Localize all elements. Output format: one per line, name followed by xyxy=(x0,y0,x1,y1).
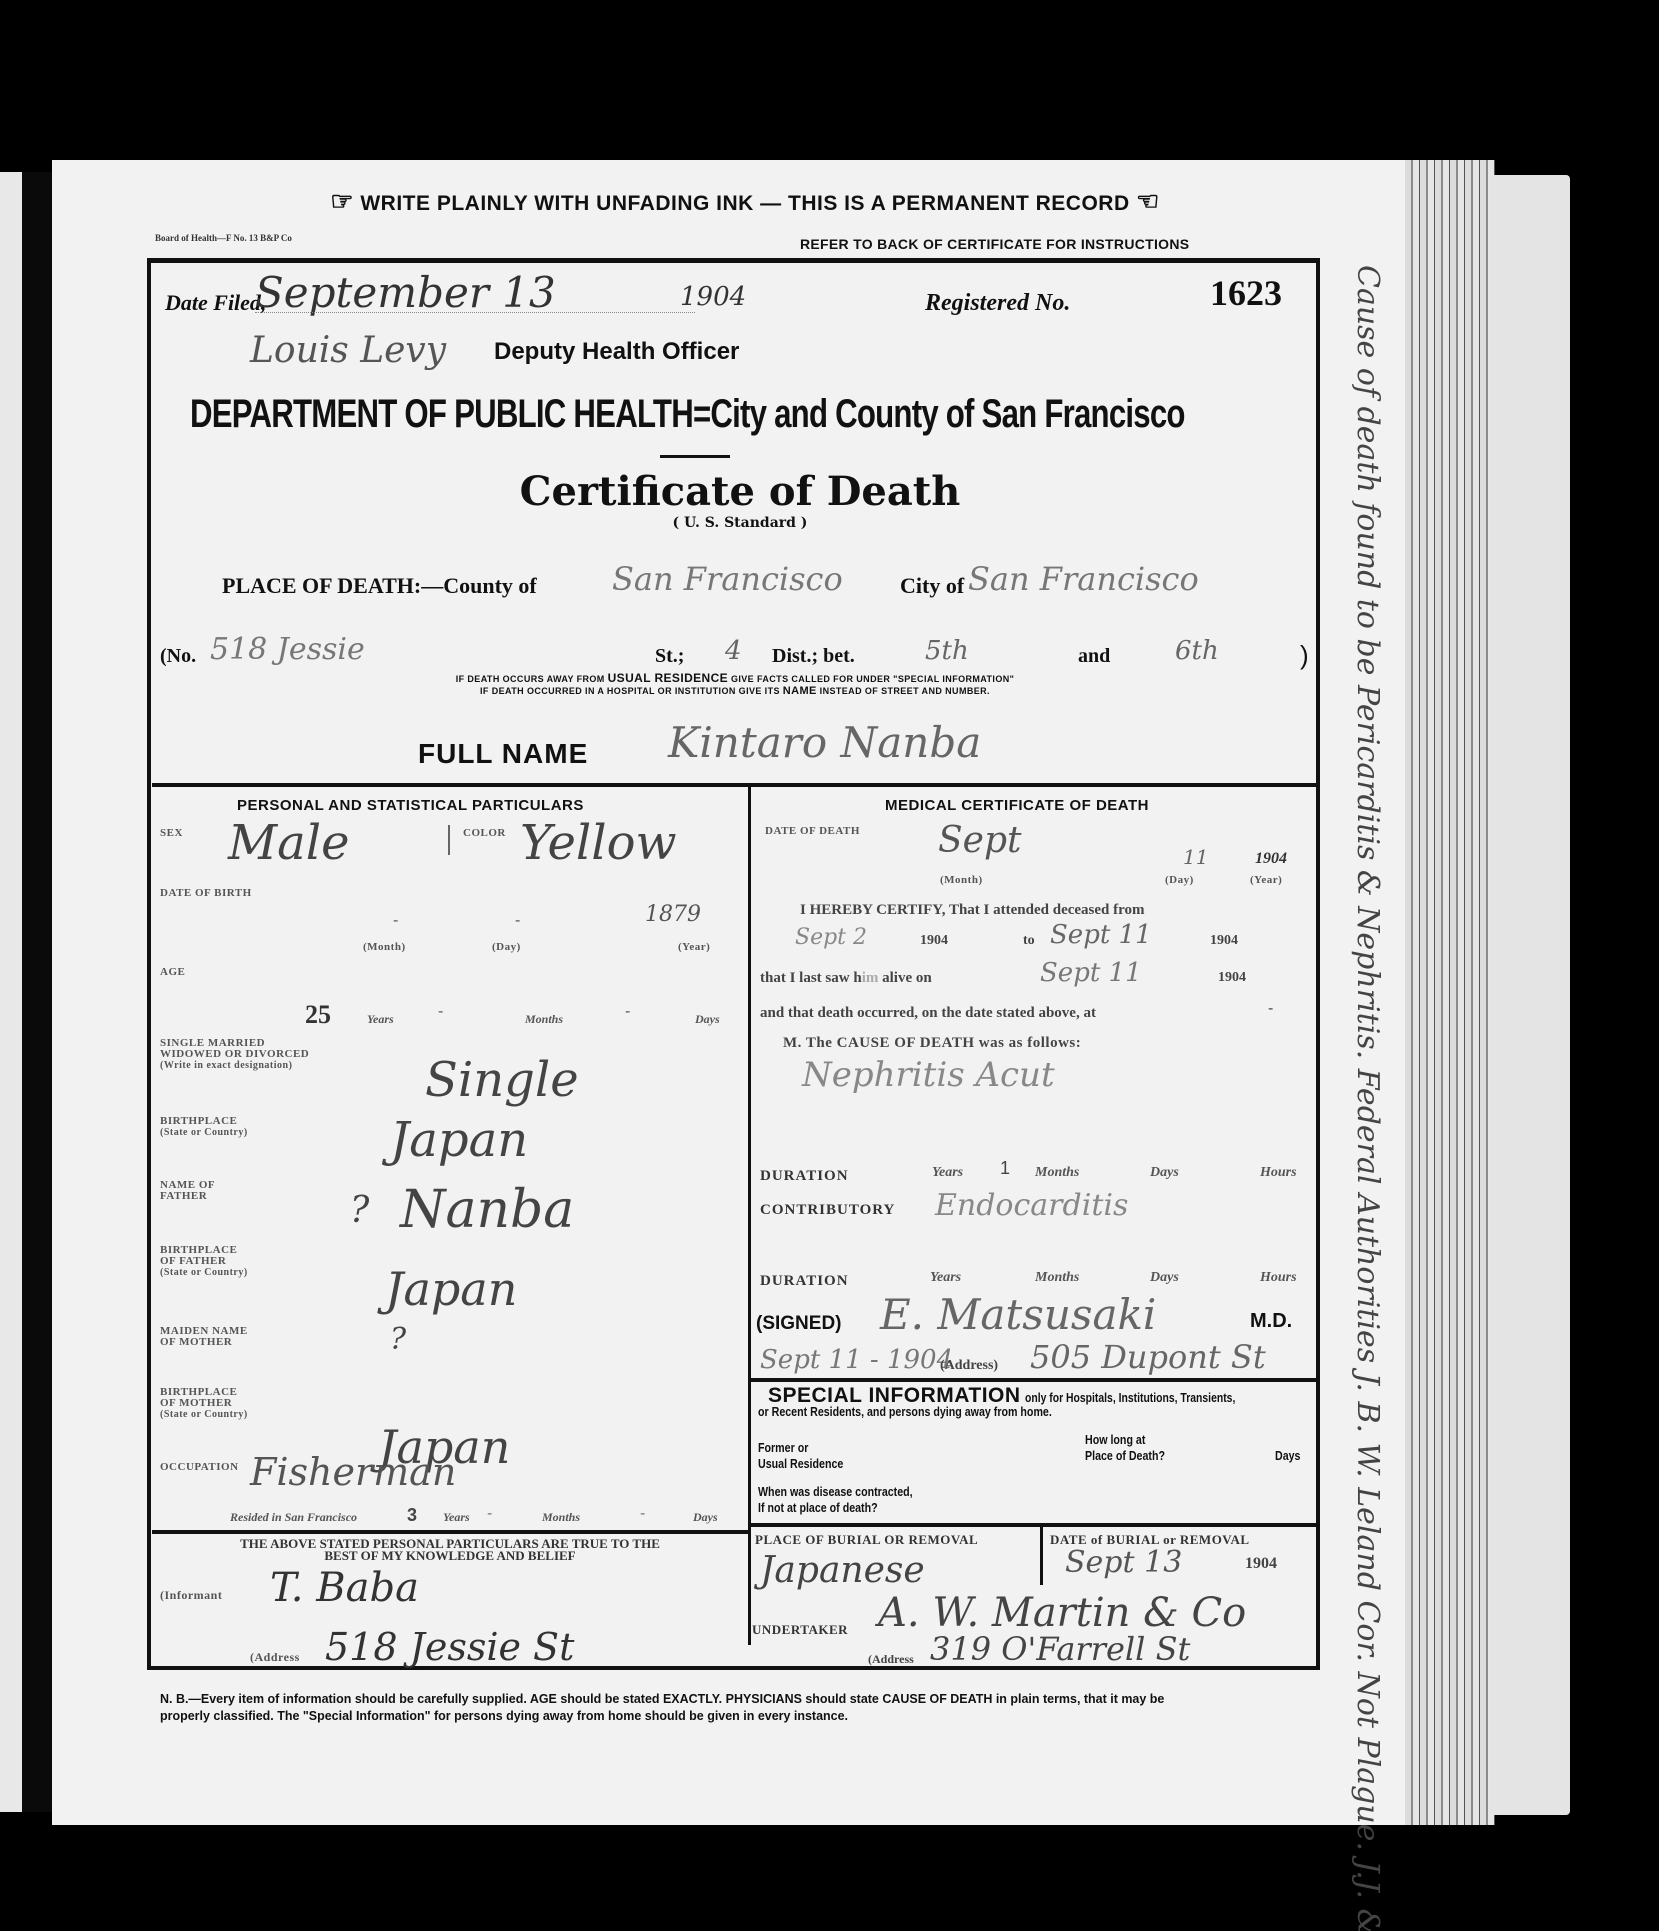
between-street-1: 5th xyxy=(925,636,969,666)
duration-2-days-caption: Days xyxy=(1150,1270,1179,1286)
street-number-value: 518 Jessie xyxy=(210,632,365,667)
duration-1-months-caption: Months xyxy=(1035,1165,1079,1181)
year-caption: (Year) xyxy=(678,942,710,953)
district-value: 4 xyxy=(725,636,742,666)
occupation-value: Fisherman xyxy=(250,1450,456,1494)
attended-from-year: 1904 xyxy=(920,933,948,949)
special-title-note: or Recent Residents, and persons dying a… xyxy=(758,1404,1052,1419)
burial-place-label: PLACE OF BURIAL OR REMOVAL xyxy=(755,1532,978,1548)
duration-1-years: 1 xyxy=(1000,1158,1010,1179)
burial-year: 1904 xyxy=(1245,1555,1277,1573)
resided-days-caption: Days xyxy=(693,1510,718,1525)
attended-from: Sept 2 xyxy=(795,925,867,950)
mother-value: ? xyxy=(390,1322,406,1357)
resided-months: - xyxy=(487,1505,492,1523)
certificate-title: Certificate of Death xyxy=(400,468,1080,515)
month-caption: (Month) xyxy=(363,942,406,953)
registered-number: 1623 xyxy=(1210,272,1282,314)
attended-to-year: 1904 xyxy=(1210,933,1238,949)
officer-title: Deputy Health Officer xyxy=(494,338,739,366)
death-time: - xyxy=(1268,1000,1273,1018)
between-street-2: 6th xyxy=(1175,636,1219,666)
father-label: NAME OF FATHER xyxy=(160,1180,215,1202)
dob-year: 1879 xyxy=(645,902,701,927)
city-value: San Francisco xyxy=(968,560,1199,598)
last-saw-year: 1904 xyxy=(1218,970,1246,986)
divider xyxy=(660,455,730,458)
age-years: 25 xyxy=(305,1000,331,1030)
death-occurred-statement: and that death occurred, on the date sta… xyxy=(760,1005,1096,1022)
age-label: AGE xyxy=(160,967,185,978)
months-caption: Months xyxy=(525,1012,563,1027)
dod-day: 11 xyxy=(1183,845,1208,869)
burial-date: Sept 13 xyxy=(1065,1545,1182,1580)
pointing-hand-right-icon: ☜ xyxy=(1136,186,1160,216)
days-caption: Days xyxy=(695,1012,720,1027)
footnote: N. B.—Every item of information should b… xyxy=(160,1690,1197,1724)
place-of-death-label: PLACE OF DEATH:—County of xyxy=(222,573,537,599)
and-label: and xyxy=(1078,645,1110,668)
section-divider xyxy=(152,783,1318,787)
burial-column-divider xyxy=(1040,1527,1043,1585)
father-initial: ? xyxy=(350,1190,369,1231)
md-label: M.D. xyxy=(1250,1310,1292,1333)
close-paren: ) xyxy=(1300,640,1309,671)
birthplace-label: BIRTHPLACE (State or Country) xyxy=(160,1116,248,1138)
date-filed-value: September 13 xyxy=(255,268,556,317)
date-filed-year: 1904 xyxy=(680,282,746,312)
dod-day-caption: (Day) xyxy=(1165,875,1194,886)
attended-to: Sept 11 xyxy=(1050,920,1152,950)
duration-label-2: DURATION xyxy=(760,1273,849,1290)
column-divider xyxy=(748,787,751,1645)
sex-value: Male xyxy=(228,815,350,871)
informant-address: 518 Jessie St xyxy=(325,1625,574,1669)
signed-date: Sept 11 - 1904 xyxy=(760,1345,953,1375)
disease-contracted-label: When was disease contracted, If not at p… xyxy=(758,1484,913,1516)
to-label: to xyxy=(1023,933,1035,949)
informant-label: (Informant xyxy=(160,1590,222,1601)
mother-birthplace-label: BIRTHPLACE OF MOTHER (State or Country) xyxy=(160,1387,248,1420)
resided-label: Resided in San Francisco xyxy=(230,1510,357,1525)
physician-address-label: (Address) xyxy=(940,1358,998,1374)
last-saw-date: Sept 11 xyxy=(1040,958,1142,988)
duration-2-years-caption: Years xyxy=(930,1270,961,1286)
officer-signature: Louis Levy xyxy=(250,330,446,371)
refer-note: REFER TO BACK OF CERTIFICATE FOR INSTRUC… xyxy=(800,236,1189,252)
contributory-value: Endocarditis xyxy=(935,1188,1128,1223)
undertaker-address-label: (Address xyxy=(868,1652,914,1667)
duration-1-days-caption: Days xyxy=(1150,1165,1179,1181)
cause-of-death: Nephritis Acut xyxy=(802,1055,1055,1095)
occupation-label: OCCUPATION xyxy=(160,1462,239,1473)
city-label: City of xyxy=(900,573,964,599)
day-caption: (Day) xyxy=(492,942,521,953)
district-label: Dist.; bet. xyxy=(772,645,855,668)
resided-months-caption: Months xyxy=(542,1510,580,1525)
sex-color-divider xyxy=(448,825,450,855)
right-page-edge xyxy=(1490,175,1570,1815)
marital-value: Single xyxy=(425,1052,579,1108)
date-filed-label: Date Filed, xyxy=(165,290,266,316)
registered-label: Registered No. xyxy=(925,290,1070,317)
how-long-label: How long at Place of Death? xyxy=(1085,1432,1165,1464)
duration-1-hours-caption: Hours xyxy=(1260,1165,1297,1181)
undertaker-address: 319 O'Farrell St xyxy=(930,1630,1190,1668)
resided-days: - xyxy=(640,1505,645,1523)
informant-name: T. Baba xyxy=(270,1565,419,1611)
dod-year-caption: (Year) xyxy=(1250,875,1282,886)
resided-years: 3 xyxy=(407,1505,417,1526)
cause-statement: M. The CAUSE OF DEATH was as follows: xyxy=(783,1035,1081,1052)
county-value: San Francisco xyxy=(612,560,843,598)
dob-label: DATE OF BIRTH xyxy=(160,888,252,899)
marital-label: SINGLE MARRIED WIDOWED OR DIVORCED (Writ… xyxy=(160,1038,309,1071)
informant-divider xyxy=(152,1530,748,1534)
ink-warning-banner: ☞ WRITE PLAINLY WITH UNFADING INK — THIS… xyxy=(205,186,1285,217)
father-birthplace-label: BIRTHPLACE OF FATHER (State or Country) xyxy=(160,1245,248,1278)
mother-label: MAIDEN NAME OF MOTHER xyxy=(160,1326,248,1348)
color-label: COLOR xyxy=(463,828,506,839)
no-label: (No. xyxy=(160,645,196,668)
special-divider xyxy=(748,1378,1318,1382)
burial-place-value: Japanese xyxy=(760,1550,925,1591)
color-value: Yellow xyxy=(520,815,677,871)
left-page-edge xyxy=(0,172,22,1812)
signed-label: (SIGNED) xyxy=(756,1313,842,1335)
birthplace-value: Japan xyxy=(390,1112,528,1168)
physician-address: 505 Dupont St xyxy=(1030,1338,1266,1376)
resided-years-caption: Years xyxy=(443,1510,470,1525)
place-note: IF DEATH OCCURS AWAY FROM USUAL RESIDENC… xyxy=(300,672,1170,697)
burial-divider xyxy=(748,1523,1318,1527)
father-birthplace-value: Japan xyxy=(385,1262,517,1316)
duration-2-hours-caption: Hours xyxy=(1260,1270,1297,1286)
physician-signature: E. Matsusaki xyxy=(880,1290,1156,1339)
former-residence-label: Former or Usual Residence xyxy=(758,1440,843,1472)
contributory-label: CONTRIBUTORY xyxy=(760,1202,895,1219)
years-caption: Years xyxy=(367,1012,394,1027)
dod-label: DATE OF DEATH xyxy=(765,826,860,837)
pointing-hand-left-icon: ☞ xyxy=(330,186,354,216)
full-name-label: FULL NAME xyxy=(418,738,588,770)
certify-statement: I HEREBY CERTIFY, That I attended deceas… xyxy=(800,902,1145,919)
date-filed-line xyxy=(255,312,695,313)
age-days: - xyxy=(625,1003,630,1021)
dod-month-caption: (Month) xyxy=(940,875,983,886)
age-months: - xyxy=(438,1003,443,1021)
certificate-subtitle: ( U. S. Standard ) xyxy=(400,515,1080,531)
duration-1-years-caption: Years xyxy=(932,1165,963,1181)
book-gutter xyxy=(22,172,52,1812)
dod-month: Sept xyxy=(938,820,1021,861)
duration-label-1: DURATION xyxy=(760,1168,849,1185)
page-stack-edges xyxy=(1405,160,1495,1825)
father-value: Nanba xyxy=(400,1180,574,1240)
dob-day: - xyxy=(515,912,520,930)
dob-month: - xyxy=(393,912,398,930)
full-name-value: Kintaro Nanba xyxy=(668,718,981,767)
dod-year: 1904 xyxy=(1255,850,1287,868)
margin-annotation: Cause of death found to be Pericarditis … xyxy=(1350,265,1385,1665)
medical-header: MEDICAL CERTIFICATE OF DEATH xyxy=(885,797,1149,814)
form-number: Board of Health—F No. 13 B&P Co xyxy=(155,233,292,243)
informant-address-label: (Address xyxy=(250,1652,300,1663)
informant-statement: THE ABOVE STATED PERSONAL PARTICULARS AR… xyxy=(155,1538,745,1562)
st-label: St.; xyxy=(655,645,684,668)
last-saw-label: that I last saw him alive on xyxy=(760,970,932,987)
duration-2-months-caption: Months xyxy=(1035,1270,1079,1286)
days-label: Days xyxy=(1275,1448,1300,1463)
personal-header: PERSONAL AND STATISTICAL PARTICULARS xyxy=(237,797,584,814)
undertaker-label: UNDERTAKER xyxy=(752,1622,848,1638)
sex-label: SEX xyxy=(160,828,183,839)
department-heading: DEPARTMENT OF PUBLIC HEALTH=City and Cou… xyxy=(190,392,1185,437)
